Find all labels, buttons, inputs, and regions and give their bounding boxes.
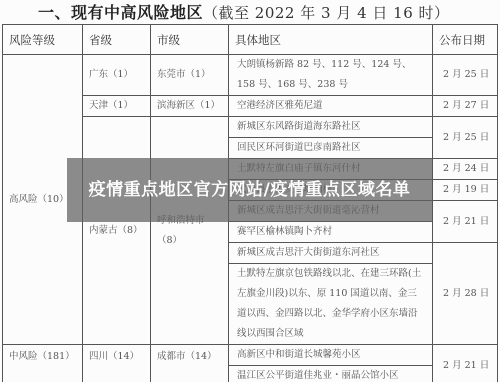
- date-cell: 2 月 28 日: [433, 243, 498, 345]
- date-cell: 2 月 21 日: [433, 345, 498, 382]
- city-cell: 滨海新区（1）: [151, 96, 229, 117]
- area-cell: 回民区环河街道巴彦南路社区: [229, 138, 433, 159]
- table-row: 高风险（10） 广东（1） 东莞市（1） 大朗镇杨新路 82 号、112 号、1…: [3, 55, 498, 96]
- caption-overlay: 疫情重点地区官方网站/疫情重点区域名单: [67, 158, 432, 222]
- date-cell: 2 月 25 日: [433, 55, 498, 96]
- area-cell: 新城区东风路街道海东路社区: [229, 117, 433, 138]
- header-risk-level: 风险等级: [3, 25, 83, 55]
- header-area: 具体地区: [229, 25, 433, 55]
- header-date: 公布日期: [433, 25, 498, 55]
- overlay-caption-text: 疫情重点地区官方网站/疫情重点区域名单: [85, 179, 415, 201]
- header-province: 省级: [83, 25, 151, 55]
- section-title-main: 一、现有中高风险地区: [38, 3, 203, 22]
- province-cell: 四川（14）: [83, 345, 151, 382]
- document-page: 一、现有中高风险地区（截至 2022 年 3 月 4 日 16 时） 风险等级 …: [0, 0, 500, 382]
- risk-level-cell: 中风险（181）: [3, 345, 83, 382]
- area-cell: 高新区中和街道长城馨苑小区: [229, 345, 433, 366]
- area-cell: 赛罕区榆林镇陶卜齐村: [229, 222, 433, 243]
- area-cell: 大朗镇杨新路 82 号、112 号、124 号、158 号、168 号、238 …: [229, 55, 433, 96]
- date-cell: 2 月 19 日: [433, 180, 498, 201]
- city-cell: 东莞市（1）: [151, 55, 229, 96]
- province-cell: 天津（1）: [83, 96, 151, 117]
- city-cell: 呼和浩特市（8）: [151, 117, 229, 345]
- date-cell: 2 月 27 日: [433, 96, 498, 117]
- date-cell: 2 月 25 日: [433, 117, 498, 159]
- area-cell: 新城区成吉思汗大街街道东河社区: [229, 243, 433, 264]
- table-header-row: 风险等级 省级 市级 具体地区 公布日期: [3, 25, 498, 55]
- header-city: 市级: [151, 25, 229, 55]
- date-cell: 2 月 24 日: [433, 159, 498, 180]
- area-cell: 空港经济区雅苑尼道: [229, 96, 433, 117]
- section-title: 一、现有中高风险地区（截至 2022 年 3 月 4 日 16 时）: [38, 2, 450, 24]
- province-cell: 广东（1）: [83, 55, 151, 96]
- section-title-date: （截至 2022 年 3 月 4 日 16 时）: [203, 4, 450, 22]
- area-cell: 温江区公平街道佳兆业・丽晶公馆小区: [229, 366, 433, 382]
- city-cell: 成都市（14）: [151, 345, 229, 382]
- table-row: 中风险（181） 四川（14） 成都市（14） 高新区中和街道长城馨苑小区 2 …: [3, 345, 498, 366]
- province-cell: 内蒙古（8）: [83, 117, 151, 345]
- area-cell: 土默特左旗京包铁路线以北、在建三环路(土左旗金川段)以东、原 110 国道以南、…: [229, 264, 433, 345]
- date-cell: 2 月 21 日: [433, 201, 498, 243]
